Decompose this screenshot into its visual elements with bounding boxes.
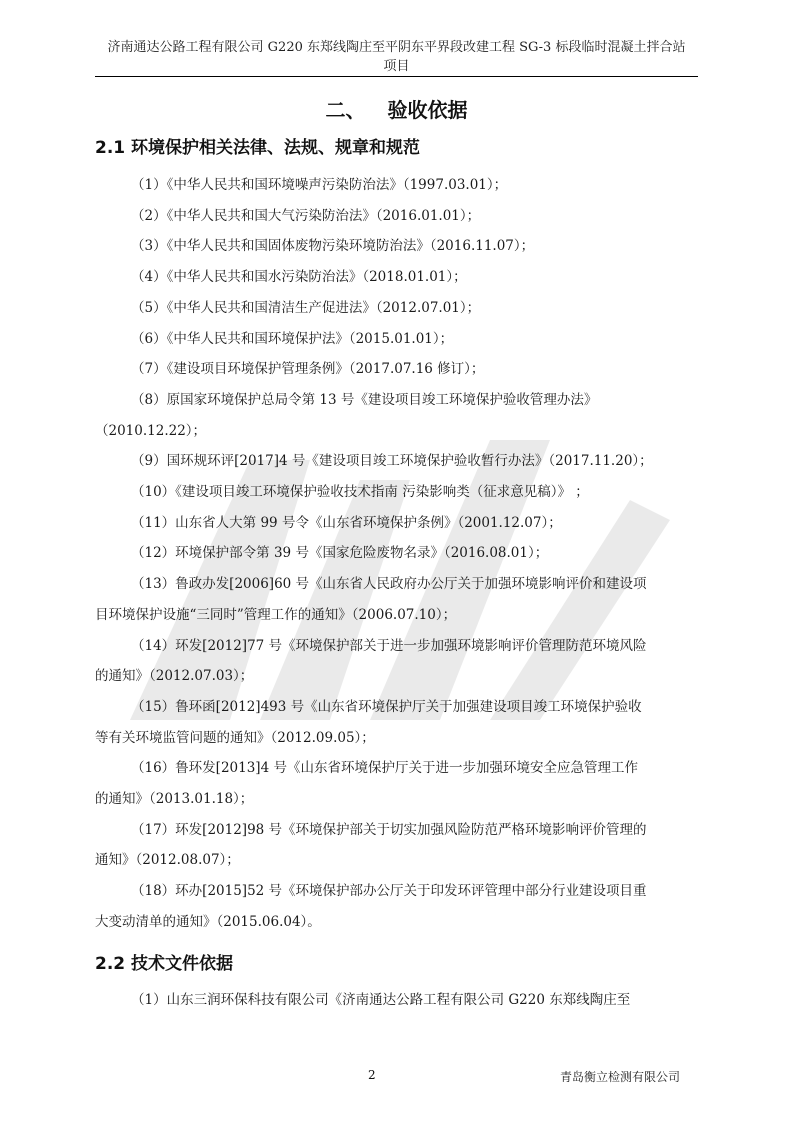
list-item: （7）《建设项目环境保护管理条例》（2017.07.16 修订）； [95, 354, 699, 385]
list-item-continuation: 通知》（2012.08.07）； [95, 845, 699, 876]
list-item: （18）环办[2015]52 号《环境保护部办公厅关于印发环评管理中部分行业建设… [95, 876, 699, 907]
list-item: （9）国环规环评[2017]4 号《建设项目竣工环境保护验收暂行办法》（2017… [95, 446, 699, 477]
section-2-1-title: 2.1 环境保护相关法律、法规、规章和规范 [95, 136, 420, 160]
law-list: （1）《中华人民共和国环境噪声污染防治法》（1997.03.01）； （2）《中… [95, 170, 699, 938]
chapter-title: 二、验收依据 [95, 96, 698, 124]
list-item: （1）《中华人民共和国环境噪声污染防治法》（1997.03.01）； [95, 170, 699, 201]
list-item: （11）山东省人大第 99 号令《山东省环境保护条例》（2001.12.07）； [95, 508, 699, 539]
list-item: （10）《建设项目竣工环境保护验收技术指南 污染影响类（征求意见稿）》 ； [95, 477, 699, 508]
list-item: （2）《中华人民共和国大气污染防治法》（2016.01.01）； [95, 201, 699, 232]
list-item-continuation: （2010.12.22）； [95, 416, 699, 447]
list-item: （5）《中华人民共和国清洁生产促进法》（2012.07.01）； [95, 293, 699, 324]
header-line-2: 项目 [95, 57, 698, 76]
section-2-2-title: 2.2 技术文件依据 [95, 952, 233, 976]
list-item: （4）《中华人民共和国水污染防治法》（2018.01.01）； [95, 262, 699, 293]
list-item-continuation: 目环境保护设施“三同时”管理工作的通知》（2006.07.10）； [95, 600, 699, 631]
header-line-1: 济南通达公路工程有限公司 G220 东郑线陶庄至平阴东平界段改建工程 SG-3 … [95, 38, 698, 57]
list-item: （1）山东三润环保科技有限公司《济南通达公路工程有限公司 G220 东郑线陶庄至 [95, 985, 699, 1016]
list-item: （15）鲁环函[2012]493 号《山东省环境保护厅关于加强建设项目竣工环境保… [95, 692, 699, 723]
running-header: 济南通达公路工程有限公司 G220 东郑线陶庄至平阴东平界段改建工程 SG-3 … [95, 38, 698, 76]
list-item-continuation: 的通知》（2012.07.03）； [95, 661, 699, 692]
list-item-continuation: 等有关环境监管问题的通知》（2012.09.05）； [95, 723, 699, 754]
list-item: （17）环发[2012]98 号《环境保护部关于切实加强风险防范严格环境影响评价… [95, 815, 699, 846]
page-number: 2 [368, 1068, 376, 1082]
list-item: （12）环境保护部令第 39 号《国家危险废物名录》（2016.08.01）； [95, 538, 699, 569]
list-item: （14）环发[2012]77 号《环境保护部关于进一步加强环境影响评价管理防范环… [95, 631, 699, 662]
chapter-heading: 验收依据 [388, 98, 468, 122]
list-item: （6）《中华人民共和国环境保护法》（2015.01.01）； [95, 324, 699, 355]
header-divider [95, 76, 698, 77]
list-item: （16）鲁环发[2013]4 号《山东省环境保护厅关于进一步加强环境安全应急管理… [95, 753, 699, 784]
list-item: （8）原国家环境保护总局令第 13 号《建设项目竣工环境保护验收管理办法》 [95, 385, 699, 416]
list-item-continuation: 的通知》（2013.01.18）； [95, 784, 699, 815]
list-item-continuation: 大变动清单的通知》（2015.06.04）。 [95, 907, 699, 938]
list-item: （13）鲁政办发[2006]60 号《山东省人民政府办公厅关于加强环境影响评价和… [95, 569, 699, 600]
tech-doc-list: （1）山东三润环保科技有限公司《济南通达公路工程有限公司 G220 东郑线陶庄至 [95, 985, 699, 1016]
chapter-number: 二、 [326, 98, 366, 122]
list-item: （3）《中华人民共和国固体废物污染环境防治法》（2016.11.07）； [95, 231, 699, 262]
footer-company: 青岛衡立检测有限公司 [560, 1068, 680, 1085]
